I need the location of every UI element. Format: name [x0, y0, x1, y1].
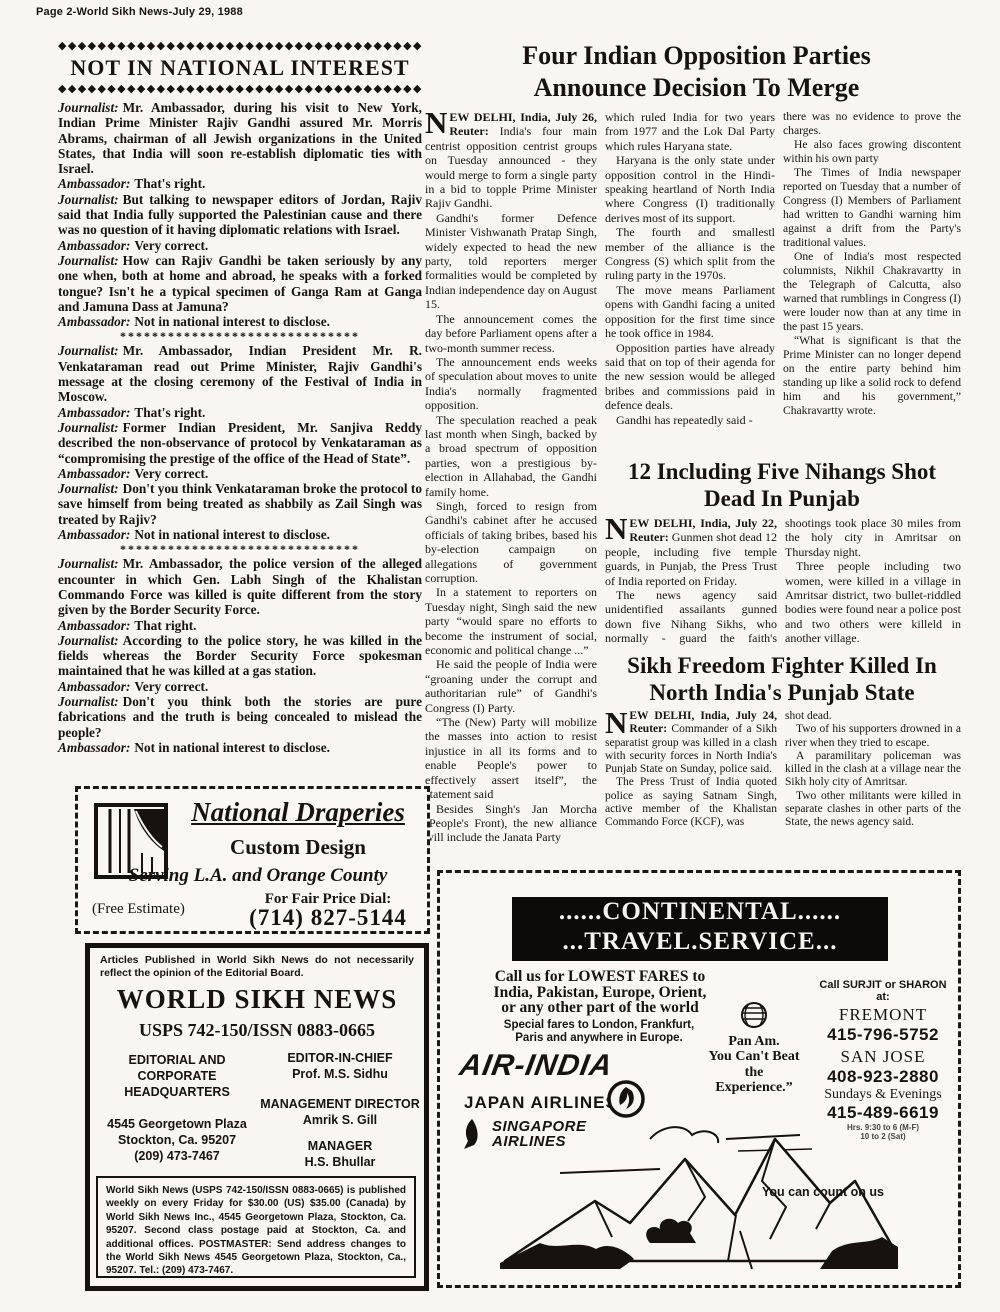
merge-column-2: which ruled India for two years from 197…: [605, 110, 775, 452]
speaker-label: Journalist:: [58, 694, 123, 709]
speaker-label: Ambassador:: [58, 405, 134, 420]
article-paragraph: NEW DELHI, India, July 26, Reuter: India…: [425, 110, 597, 211]
article-paragraph: “The (New) Party will mobilize the masse…: [425, 715, 597, 801]
draperies-serving-line: Serving L.A. and Orange County: [108, 865, 408, 887]
nihangs-column-1: NEW DELHI, India, July 22, Reuter: Gunme…: [605, 516, 777, 648]
article-paragraph: The fourth and smallestl member of the a…: [605, 225, 775, 283]
fighter-headline-line1: Sikh Freedom Fighter Killed In: [603, 652, 961, 679]
dialogue-paragraph: Journalist:Don't you think both the stor…: [58, 694, 422, 740]
masthead-editor-name: Prof. M.S. Sidhu: [262, 1066, 418, 1082]
article-paragraph: He said the people of India were “groani…: [425, 657, 597, 715]
article-paragraph: Gandhi has repeatedly said -: [605, 413, 775, 427]
speaker-label: Ambassador:: [58, 238, 134, 253]
masthead-md-label: MANAGEMENT DIRECTOR: [258, 1096, 422, 1112]
article-paragraph: Three people including two women, were k…: [785, 559, 961, 645]
dialogue-paragraph: Journalist:Don't you think Venkataraman …: [58, 481, 422, 527]
dialogue-paragraph: Ambassador:That's right.: [58, 176, 422, 191]
dialogue-text: Not in national interest to disclose.: [134, 527, 330, 542]
dialogue-paragraph: Journalist:How can Rajiv Gandhi be taken…: [58, 253, 422, 314]
diamond-divider: ◆◆◆◆◆◆◆◆◆◆◆◆◆◆◆◆◆◆◆◆◆◆◆◆◆◆◆◆◆◆◆◆◆◆◆◆◆◆◆◆…: [58, 40, 422, 52]
drop-cap: N: [605, 710, 629, 735]
drop-cap: N: [425, 110, 449, 135]
banner-line2: ...TRAVEL.SERVICE...: [512, 927, 888, 957]
speaker-label: Ambassador:: [58, 679, 134, 694]
diamond-divider: ◆◆◆◆◆◆◆◆◆◆◆◆◆◆◆◆◆◆◆◆◆◆◆◆◆◆◆◆◆◆◆◆◆◆◆◆◆◆◆◆…: [58, 83, 422, 95]
air-india-logo: AIR-INDIA: [457, 1049, 615, 1083]
article-paragraph: Opposition parties have already said tha…: [605, 341, 775, 413]
dialogue-paragraph: Journalist:Former Indian President, Mr. …: [58, 420, 422, 466]
article-paragraph: NEW DELHI, India, July 24, Reuter: Comma…: [605, 710, 777, 776]
masthead-title: WORLD SIKH NEWS: [90, 984, 424, 1015]
article-paragraph: He also faces growing discontent within …: [783, 138, 961, 166]
article-paragraph: NEW DELHI, India, July 22, Reuter: Gunme…: [605, 516, 777, 588]
dialogue-text: That right.: [134, 618, 196, 633]
speaker-label: Ambassador:: [58, 618, 134, 633]
dialogue-text: That's right.: [134, 405, 205, 420]
masthead-disclaimer: Articles Published in World Sikh News do…: [100, 954, 414, 980]
article-paragraph: The Press Trust of India quoted police a…: [605, 776, 777, 829]
panam-globe-icon: [740, 1018, 768, 1033]
merge-headline-line1: Four Indian Opposition Parties: [428, 40, 965, 72]
speaker-label: Ambassador:: [58, 740, 134, 755]
phone-fremont: 415-796-5752: [812, 1025, 954, 1045]
japan-airlines-label: JAPAN AIRLINES: [464, 1093, 618, 1113]
merge-headline-line2: Announce Decision To Merge: [428, 72, 965, 104]
dialogue-paragraph: Journalist:But talking to newspaper edit…: [58, 192, 422, 238]
fighter-headline-line2: North India's Punjab State: [603, 679, 961, 706]
masthead-editor-label: EDITOR-IN-CHIEF: [262, 1050, 418, 1066]
speaker-label: Journalist:: [58, 343, 123, 358]
dialogue-paragraph: Ambassador:Not in national interest to d…: [58, 740, 422, 755]
masthead-issn: USPS 742-150/ISSN 0883-0665: [90, 1020, 424, 1041]
newspaper-page: Page 2-World Sikh News-July 29, 1988 ◆◆◆…: [0, 0, 1000, 1312]
panam-line1: Pan Am.: [702, 1034, 806, 1050]
dialogue-text: Very correct.: [134, 238, 208, 253]
dialogue-paragraph: Ambassador:Very correct.: [58, 466, 422, 481]
article-paragraph: Besides Singh's Jan Morcha (People's Fro…: [425, 802, 597, 845]
article-paragraph: The news agency said unidentified assail…: [605, 588, 777, 648]
dialogue-paragraph: Journalist:Mr. Ambassador, Indian Presid…: [58, 343, 422, 404]
left-article-title: NOT IN NATIONAL INTEREST: [58, 55, 422, 81]
dialogue-text: Very correct.: [134, 466, 208, 481]
dialogue-paragraph: Journalist:Mr. Ambassador, during his vi…: [58, 100, 422, 176]
fighter-column-1: NEW DELHI, India, July 24, Reuter: Comma…: [605, 710, 777, 866]
fighter-column-2: shot dead. Two of his supporters drowned…: [785, 710, 961, 868]
masthead-box: Articles Published in World Sikh News do…: [85, 943, 429, 1291]
article-paragraph: “What is significant is that the Prime M…: [783, 334, 961, 418]
speaker-label: Journalist:: [58, 253, 123, 268]
drop-cap: N: [605, 516, 629, 541]
evenings-label: Sundays & Evenings: [812, 1087, 954, 1103]
article-paragraph: One of India's most respected columnists…: [783, 250, 961, 334]
draperies-name: National Draperies: [178, 797, 418, 828]
article-paragraph: Gandhi's former Defence Minister Vishwan…: [425, 211, 597, 312]
travel-ad-banner: ......CONTINENTAL...... ...TRAVEL.SERVIC…: [512, 897, 888, 961]
city-san-jose: SAN JOSE: [812, 1047, 954, 1067]
masthead-address-line2: Stockton, Ca. 95207: [98, 1132, 256, 1148]
article-paragraph: A paramilitary policeman was killed in t…: [785, 750, 961, 790]
banner-line1: ......CONTINENTAL......: [512, 897, 888, 927]
dialogue-text: That's right.: [134, 176, 205, 191]
speaker-label: Journalist:: [58, 420, 123, 435]
panam-line2: You Can't Beat: [702, 1049, 806, 1065]
masthead-manager-name: H.S. Bhullar: [262, 1154, 418, 1170]
draperies-custom-design: Custom Design: [178, 835, 418, 860]
special-line2: Paris and anywhere in Europe.: [464, 1032, 734, 1045]
article-paragraph: The Times of India newspaper reported on…: [783, 166, 961, 250]
merge-column-3: there was no evidence to prove the charg…: [783, 110, 961, 454]
merge-column-1: NEW DELHI, India, July 26, Reuter: India…: [425, 110, 597, 862]
dialogue-text: Very correct.: [134, 679, 208, 694]
call-line1: Call us for LOWEST FARES to: [452, 969, 748, 985]
draperies-free-estimate: (Free Estimate): [92, 901, 185, 918]
nihangs-headline-line1: 12 Including Five Nihangs Shot: [603, 458, 961, 485]
article-paragraph: Haryana is the only state under oppositi…: [605, 153, 775, 225]
dialogue-paragraph: Ambassador:That's right.: [58, 405, 422, 420]
star-divider: ******************************: [58, 329, 422, 343]
dialogue-body: Journalist:Mr. Ambassador, during his vi…: [58, 100, 422, 755]
masthead-manager-label: MANAGER: [262, 1138, 418, 1154]
star-divider: ******************************: [58, 542, 422, 556]
dialogue-paragraph: Ambassador:Very correct.: [58, 238, 422, 253]
dialogue-paragraph: Ambassador:That right.: [58, 618, 422, 633]
article-paragraph: In a statement to reporters on Tuesday n…: [425, 585, 597, 657]
article-paragraph: shot dead.: [785, 710, 961, 723]
speaker-label: Ambassador:: [58, 527, 134, 542]
article-paragraph: Two of his supporters drowned in a river…: [785, 723, 961, 750]
speaker-label: Journalist:: [58, 481, 123, 496]
article-paragraph: Singh, forced to resign from Gandhi's ca…: [425, 499, 597, 585]
left-article: ◆◆◆◆◆◆◆◆◆◆◆◆◆◆◆◆◆◆◆◆◆◆◆◆◆◆◆◆◆◆◆◆◆◆◆◆◆◆◆◆…: [58, 40, 422, 755]
draperies-phone: (714) 827-5144: [238, 905, 418, 931]
nihangs-column-2: shootings took place 30 miles from the h…: [785, 516, 961, 648]
article-paragraph: The announcement ends weeks of speculati…: [425, 355, 597, 413]
masthead-address-line3: (209) 473-7467: [98, 1148, 256, 1164]
dialogue-paragraph: Journalist:According to the police story…: [58, 633, 422, 679]
singapore-airlines-bird-icon: [460, 1117, 484, 1156]
masthead-address-line1: 4545 Georgetown Plaza: [98, 1116, 256, 1132]
dialogue-text: Not in national interest to disclose.: [134, 314, 330, 329]
article-paragraph: there was no evidence to prove the charg…: [783, 110, 961, 138]
special-fares-text: Special fares to London, Frankfurt, Pari…: [464, 1019, 734, 1044]
dialogue-paragraph: Ambassador:Not in national interest to d…: [58, 527, 422, 542]
panam-line3: the: [702, 1065, 806, 1081]
masthead-hq-label: EDITORIAL AND CORPORATE HEADQUARTERS: [102, 1052, 252, 1100]
call-line2: India, Pakistan, Europe, Orient,: [452, 985, 748, 1001]
phone-san-jose: 408-923-2880: [812, 1067, 954, 1087]
article-paragraph: which ruled India for two years from 197…: [605, 110, 775, 153]
dialogue-paragraph: Ambassador:Very correct.: [58, 679, 422, 694]
speaker-label: Journalist:: [58, 633, 123, 648]
draperies-ad: National Draperies Custom Design Serving…: [75, 786, 430, 934]
dialogue-paragraph: Journalist:Mr. Ambassador, the police ve…: [58, 556, 422, 617]
article-paragraph: The announcement comes the day before Pa…: [425, 312, 597, 355]
article-paragraph: shootings took place 30 miles from the h…: [785, 516, 961, 559]
article-paragraph: The speculation reached a peak last mont…: [425, 413, 597, 499]
speaker-label: Journalist:: [58, 192, 123, 207]
speaker-label: Ambassador:: [58, 314, 134, 329]
fighter-headline: Sikh Freedom Fighter Killed In North Ind…: [603, 652, 961, 706]
nihangs-headline: 12 Including Five Nihangs Shot Dead In P…: [603, 458, 961, 512]
masthead-fine-print: World Sikh News (USPS 742-150/ISSN 0883-…: [96, 1176, 416, 1278]
travel-ad-tagline: You can count on us: [762, 1185, 884, 1199]
panam-line4: Experience.”: [702, 1080, 806, 1096]
dialogue-paragraph: Ambassador:Not in national interest to d…: [58, 314, 422, 329]
travel-ad: ......CONTINENTAL...... ...TRAVEL.SERVIC…: [437, 870, 961, 1288]
article-paragraph: Two other militants were killed in separ…: [785, 790, 961, 830]
merge-headline: Four Indian Opposition Parties Announce …: [428, 40, 965, 104]
masthead-md-name: Amrik S. Gill: [262, 1112, 418, 1128]
speaker-label: Journalist:: [58, 100, 123, 115]
panam-block: Pan Am. You Can't Beat the Experience.”: [702, 1001, 806, 1096]
speaker-label: Ambassador:: [58, 176, 134, 191]
speaker-label: Ambassador:: [58, 466, 134, 481]
speaker-label: Journalist:: [58, 556, 123, 571]
article-paragraph: The move means Parliament opens with Gan…: [605, 283, 775, 341]
dialogue-text: Not in national interest to disclose.: [134, 740, 330, 755]
contact-header: Call SURJIT or SHARON at:: [812, 979, 954, 1003]
page-header: Page 2-World Sikh News-July 29, 1988: [36, 6, 243, 18]
special-line1: Special fares to London, Frankfurt,: [464, 1019, 734, 1032]
city-fremont: FREMONT: [812, 1005, 954, 1025]
nihangs-headline-line2: Dead In Punjab: [603, 485, 961, 512]
